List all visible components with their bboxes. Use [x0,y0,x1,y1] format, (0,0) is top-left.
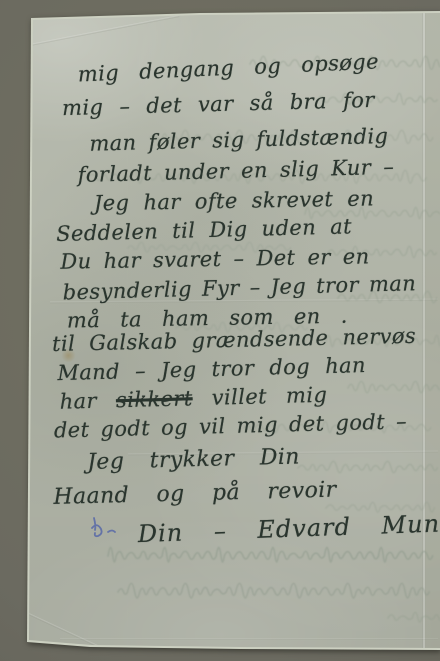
scanned-letter-photo: mig dengang og opsøgemig – det var så br… [0,0,440,661]
handwriting-line-11: Mand – Jeg tror dog han [57,353,366,385]
letter-text-layer: mig dengang og opsøgemig – det var så br… [0,0,440,661]
letter-sheet: mig dengang og opsøgemig – det var så br… [0,0,440,661]
handwriting-text: har [59,388,116,413]
handwriting-line-13: det godt og vil mig det godt – [54,409,408,442]
handwriting-line-3: man føler sig fuldstændig [89,124,389,156]
handwriting-text: Du har svaret – Det er en [60,244,370,273]
handwriting-line-15: Haand og på revoir [53,478,337,510]
handwriting-line-1: mig dengang og opsøge [77,49,379,86]
paper-shadow: mig dengang og opsøgemig – det var så br… [0,0,440,661]
handwriting-text: villet mig [192,383,327,411]
handwriting-text: Din – Edvard Munch [137,508,440,548]
handwriting-line-8: besynderlig Fyr – Jeg tror man [62,271,416,304]
handwriting-text: forladt under en slig Kur – [77,155,394,187]
handwriting-text: Mand – Jeg tror dog han [57,353,366,385]
handwriting-line-5: Jeg har ofte skrevet en [94,186,375,215]
handwriting-text: besynderlig Fyr – Jeg tror man [62,271,416,304]
handwriting-line-2: mig – det var så bra for [62,88,375,120]
handwriting-text: Haand og på revoir [53,478,337,510]
handwriting-line-4: forladt under en slig Kur – [77,155,394,187]
handwriting-line-12: har sikkert villet mig [59,383,327,414]
handwriting-line-6: Seddelen til Dig uden at [56,214,352,246]
handwriting-text: det godt og vil mig det godt – [54,409,408,442]
handwriting-line-7: Du har svaret – Det er en [60,244,370,273]
signature-line: Din – Edvard Munch [137,508,440,548]
handwriting-text: Seddelen til Dig uden at [56,214,352,246]
handwriting-text: mig – det var så bra for [62,88,375,120]
handwriting-text: Jeg trykker Din [87,444,300,475]
handwriting-text: Jeg har ofte skrevet en [94,186,375,215]
handwriting-text: mig dengang og opsøge [77,49,379,86]
handwriting-line-14: Jeg trykker Din [87,444,300,475]
struck-word: sikkert [116,386,193,412]
handwriting-text: man føler sig fuldstændig [89,124,389,156]
